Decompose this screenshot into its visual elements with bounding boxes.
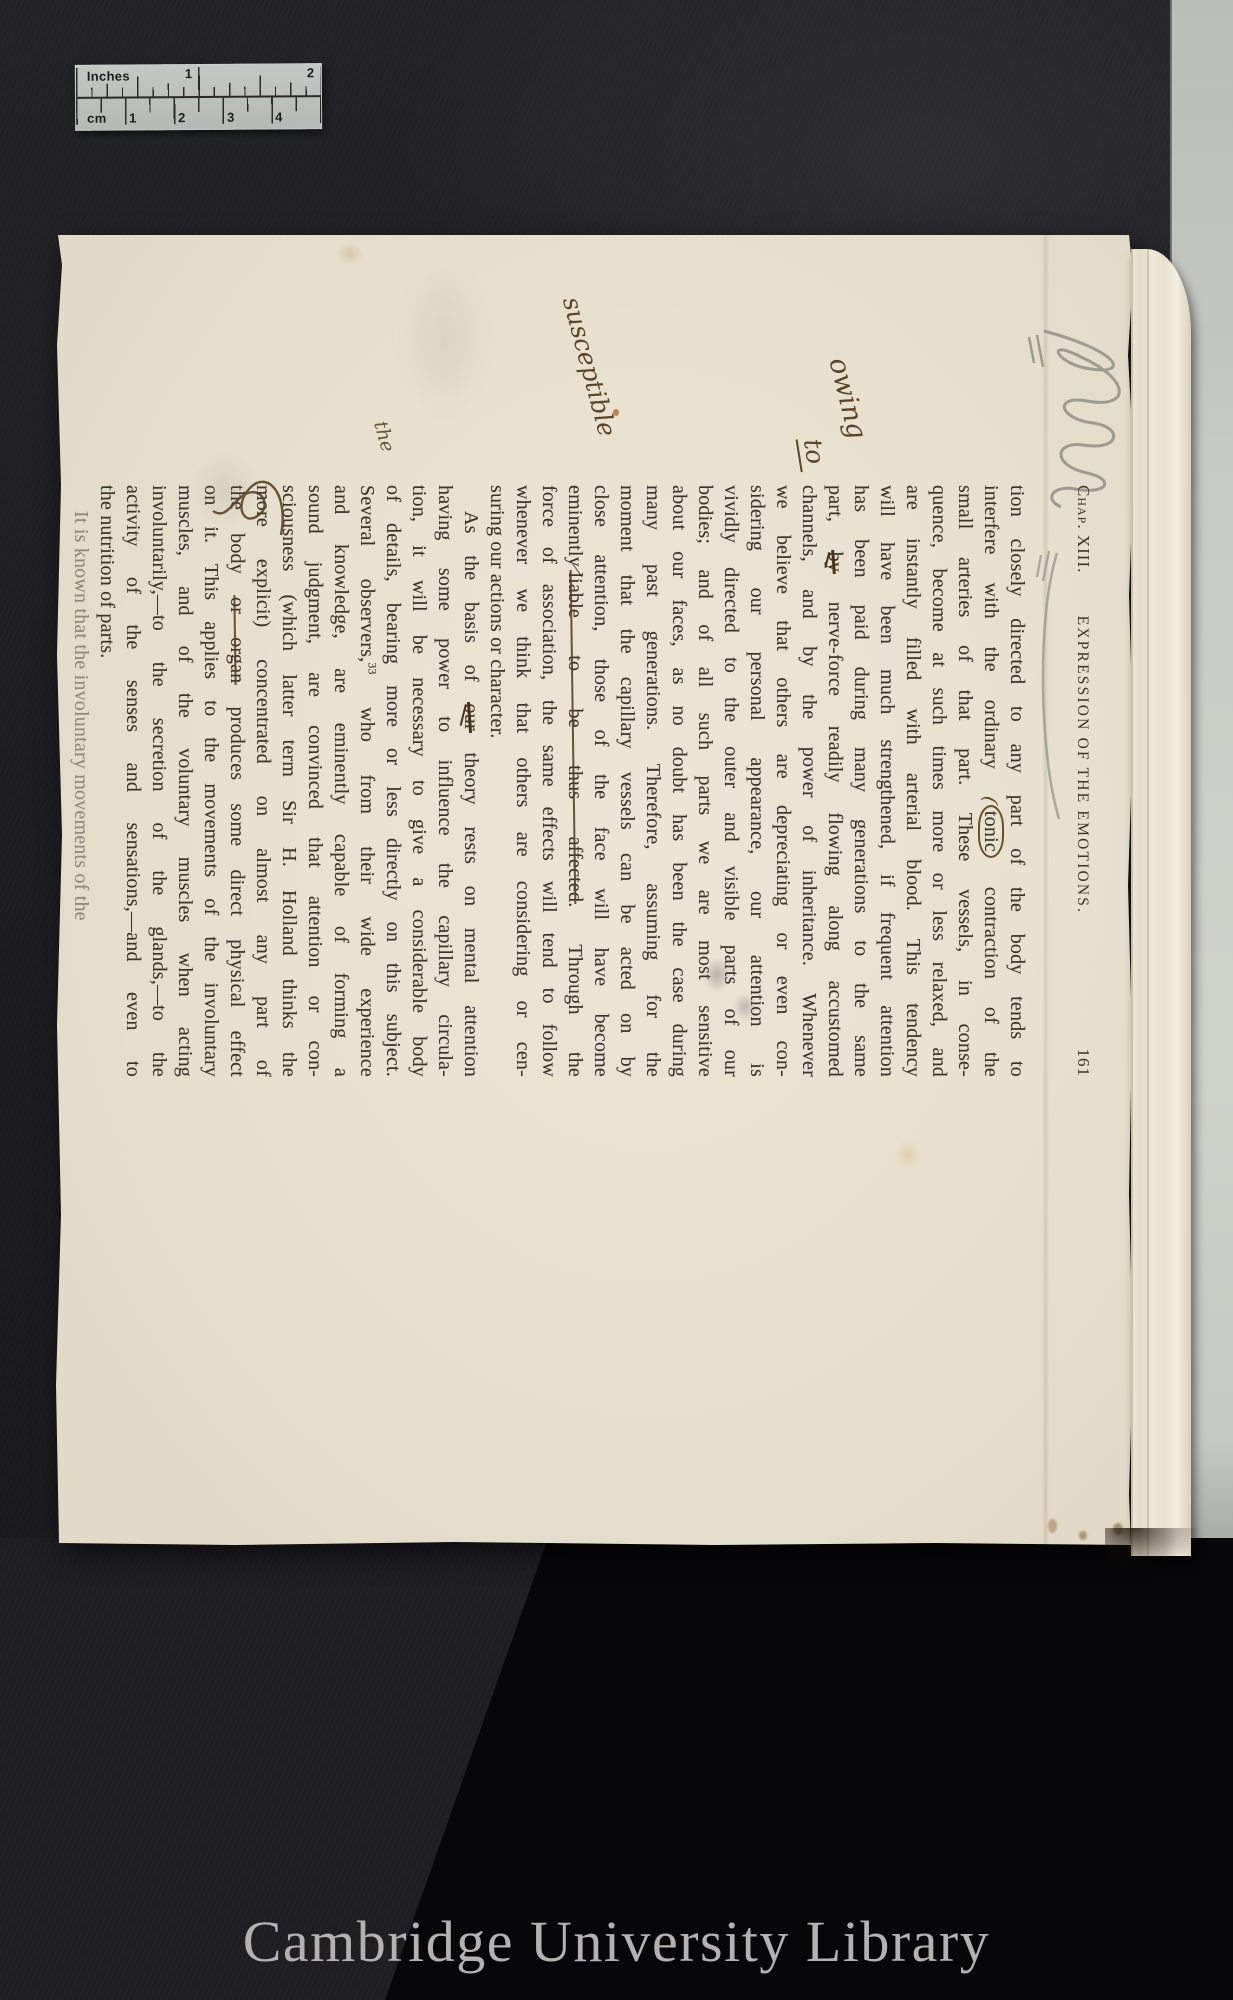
text-line: whenever we think that others are consid…: [510, 485, 536, 1077]
text-line: moment that the capillary vessels can be…: [614, 485, 640, 1077]
text-block: tion closely directed to any part of the…: [68, 485, 1030, 1077]
text-line: interfere with the ordinary (tonic contr…: [978, 485, 1004, 1077]
text-line: sound judgment, are convinced that atten…: [302, 485, 328, 1077]
text-line: small arteries of that part. These vesse…: [952, 485, 978, 1077]
ink-corrected-text: tonic: [978, 805, 1004, 858]
text-line: force of association, the same effects w…: [536, 485, 562, 1077]
annotation-to: to: [796, 435, 832, 473]
ruler-number: 4: [275, 109, 282, 124]
text-line: will have been much strengthened, if fre…: [874, 485, 900, 1077]
text-line: channels, and by the power of inheritanc…: [796, 485, 822, 1077]
text-line: many past generations. Therefore, assumi…: [640, 485, 666, 1077]
brown-edge-stain: [1048, 1519, 1057, 1533]
text-line: Several observers,33 who from their wide…: [354, 485, 380, 1077]
ink-corrected-text: our: [460, 704, 482, 731]
text-line: It is known that the involuntary movemen…: [68, 485, 94, 1077]
text-line: activity of the senses and sensations,—a…: [120, 485, 146, 1077]
text-line: and knowledge, are eminently capable of …: [328, 485, 354, 1077]
text-line: bodies; and of all such parts we are mos…: [692, 485, 718, 1077]
text-line: sciousness (which latter term Sir H. Hol…: [276, 485, 302, 1077]
text-line: tion, it will be necessary to give a con…: [406, 485, 432, 1077]
chapter-label: Chap. XIII.: [1073, 485, 1093, 573]
ink-corrected-text: 33: [366, 662, 380, 674]
library-watermark: Cambridge University Library: [0, 1908, 1233, 1975]
annotation-the: the: [369, 419, 399, 455]
ruler-inches-label: Inches: [87, 68, 130, 83]
proof-sheet: Chap. XIII. EXPRESSION OF THE EMOTIONS. …: [55, 235, 1135, 1545]
ink-corrected-text: by: [824, 552, 846, 572]
text-line: on it. This applies to the movements of …: [198, 485, 224, 1077]
fore-edge-shadow: [1105, 1528, 1200, 1572]
ruler-cm-label: cm: [87, 111, 106, 126]
text-line: are instantly filled with arterial blood…: [900, 485, 926, 1077]
text-line: suring our actions or character.: [484, 485, 510, 1077]
ruler: Inches cm 12 12345: [75, 63, 322, 131]
book-fore-edge: [1131, 249, 1191, 1556]
ruler-number: 1: [185, 66, 192, 81]
fold-crease: [1042, 235, 1049, 1545]
ruler-number: 2: [178, 110, 185, 125]
page-header: Chap. XIII. EXPRESSION OF THE EMOTIONS. …: [1073, 485, 1093, 1077]
text-line: eminently∕liable to be thus affected. Th…: [562, 485, 588, 1077]
text-line: vividly directed to the outer and visibl…: [718, 485, 744, 1077]
text-line: more explicit) concentrated on almost an…: [250, 485, 276, 1077]
text-line: has been paid during many generations to…: [848, 485, 874, 1077]
text-line: sidering our personal appearance, our at…: [744, 485, 770, 1077]
ruler-number: 2: [307, 65, 314, 80]
text-line: the nutrition of parts.: [94, 485, 120, 1077]
faint-smudge: [337, 243, 363, 265]
text-line: having some power to influence the capil…: [432, 485, 458, 1077]
text-line: part, by nerve-force readily flowing alo…: [822, 485, 848, 1077]
text-line: about our faces, as no doubt has been th…: [666, 485, 692, 1077]
text-line: close attention, those of the face will …: [588, 485, 614, 1077]
text-line: involuntarily,—to the secretion of the g…: [146, 485, 172, 1077]
yellow-stain: [895, 1140, 921, 1170]
ruler-number: 1: [129, 110, 136, 125]
proof-sheet-wrapper: Chap. XIII. EXPRESSION OF THE EMOTIONS. …: [55, 235, 1135, 1545]
page-number: 161: [1073, 1048, 1093, 1077]
text-line: muscles, and of the voluntary muscles wh…: [172, 485, 198, 1077]
text-line: quence, become at such times more or les…: [926, 485, 952, 1077]
text-line: we believe that others are depreciating …: [770, 485, 796, 1077]
ruler-number: 5: [322, 109, 329, 124]
running-title: EXPRESSION OF THE EMOTIONS.: [1073, 616, 1091, 915]
ink-corrected-text: liable to be thus affected: [564, 572, 586, 902]
faint-smudge: [395, 255, 495, 425]
annotation-susceptible: susceptible: [557, 294, 622, 440]
text-line: the body or organ produces some direct p…: [224, 485, 250, 1077]
ink-corrected-text: or organ: [226, 597, 248, 683]
annotation-owing: owing: [822, 354, 872, 442]
text-line: tion closely directed to any part of the…: [1004, 485, 1030, 1077]
text-line: of details, bearing more or less directl…: [380, 485, 406, 1077]
ruler-number: 3: [227, 110, 234, 125]
text-line: As the basis of our theory rests on ment…: [458, 485, 484, 1077]
brown-edge-stain: [1079, 1531, 1087, 1540]
